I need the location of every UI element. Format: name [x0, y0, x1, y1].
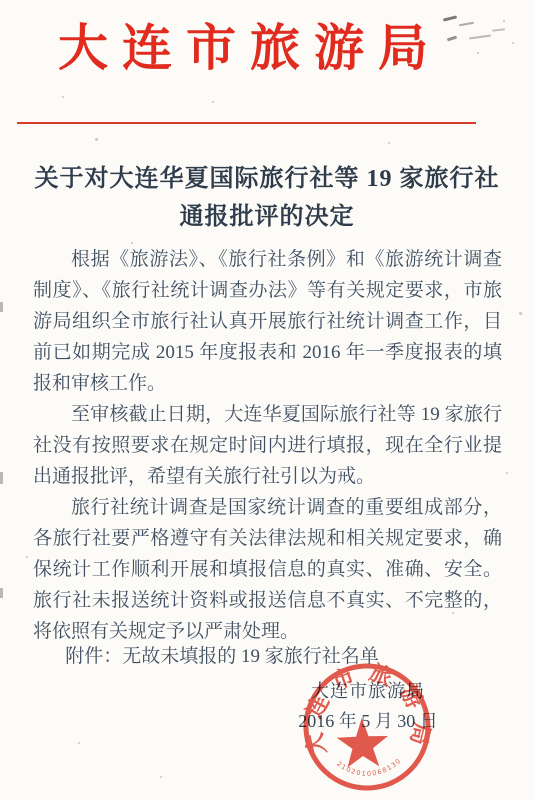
paper-speck — [26, 556, 28, 558]
paper-speck — [388, 142, 390, 144]
paper-speck — [95, 138, 98, 141]
scan-edge-mark — [0, 588, 3, 598]
scan-edge-mark — [0, 302, 3, 312]
document-title: 关于对大连华夏国际旅行社等 19 家旅行社 通报批评的决定 — [0, 160, 534, 236]
scan-edge-mark — [0, 472, 3, 484]
paper-speck — [212, 101, 214, 103]
paper-speck — [506, 472, 508, 474]
seal-star-icon — [336, 717, 389, 768]
paper-speck — [78, 742, 80, 744]
scanned-document-page: 大连市旅游局 关于对大连华夏国际旅行社等 19 家旅行社 通报批评的决定 根据《… — [0, 0, 534, 800]
paragraph-2: 至审核截止日期，大连华夏国际旅行社等 19 家旅行社没有按照要求在规定时间内进行… — [33, 399, 502, 492]
paper-speck — [452, 612, 454, 614]
paper-speck — [503, 20, 505, 22]
document-title-line2: 通报批评的决定 — [0, 198, 534, 236]
paper-speck — [160, 776, 162, 778]
paper-speck — [512, 42, 514, 44]
paper-speck — [477, 52, 479, 54]
attachment-note: 附件：无故未填报的 19 家旅行社名单 — [33, 641, 502, 668]
letterhead-agency-title: 大连市旅游局 — [0, 8, 500, 80]
document-title-line1: 关于对大连华夏国际旅行社等 19 家旅行社 — [0, 160, 534, 198]
paragraph-3: 旅行社统计调查是国家统计调查的重要组成部分，各旅行社要严格遵守有关法律法规和相关… — [33, 492, 502, 647]
paragraph-1: 根据《旅游法》、《旅行社条例》和《旅游统计调查制度》、《旅行社统计调查办法》等有… — [33, 244, 502, 399]
document-body: 根据《旅游法》、《旅行社条例》和《旅游统计调查制度》、《旅行社统计调查办法》等有… — [33, 244, 502, 647]
paper-speck — [131, 242, 133, 244]
paper-speck — [519, 312, 522, 315]
paper-speck — [62, 96, 64, 98]
letterhead-divider-rule — [17, 122, 476, 124]
official-seal: 大连市旅游局 2102010068130 — [299, 659, 436, 796]
